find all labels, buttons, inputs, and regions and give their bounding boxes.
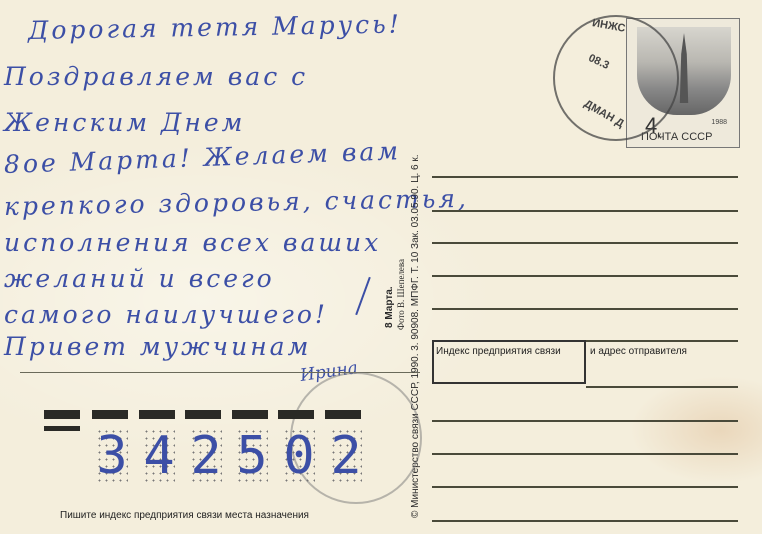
zip-bar [139, 410, 175, 419]
zip-bar [325, 410, 361, 419]
message-line: исполнения всех ваших [4, 228, 381, 257]
message-line: Поздравляем вас с [4, 62, 308, 91]
zip-bar [44, 410, 80, 419]
card-title: 8 Марта. [384, 286, 395, 328]
sender-index-label: Индекс предприятия связи [436, 346, 561, 357]
zip-digit: 5 [236, 428, 268, 484]
message-line: Дорогая тетя Марусь! [28, 9, 402, 45]
message-line: Женским Днем [4, 108, 245, 137]
photo-credit: Фото В. Шепелева [396, 259, 406, 330]
zip-bar [232, 410, 268, 419]
zip-digit: 3 [96, 428, 128, 484]
zip-digit: 0 [283, 428, 315, 484]
address-line [432, 210, 738, 212]
address-line [586, 386, 738, 388]
message-line: Привет мужчинам [4, 332, 311, 361]
zip-bar [185, 410, 221, 419]
zip-digit: 4 [143, 428, 175, 484]
address-line [432, 520, 738, 522]
address-line [432, 486, 738, 488]
address-line [432, 176, 738, 178]
zip-digit: 2 [190, 428, 222, 484]
zip-digit: 2 [330, 428, 362, 484]
message-line: самого наилучшего! [4, 300, 328, 329]
stamp-country: ПОЧТА СССР [641, 131, 712, 143]
message-line: желаний и всего [4, 264, 275, 293]
postcard: Дорогая тетя Марусь! Поздравляем вас с Ж… [0, 0, 762, 534]
address-line [432, 275, 738, 277]
address-line [432, 308, 738, 310]
address-line [432, 453, 738, 455]
stamp-year: 1988 [711, 119, 727, 126]
zip-bar [44, 426, 80, 431]
handwritten-stroke [355, 277, 371, 315]
zip-instruction: Пишите индекс предприятия связи места на… [60, 510, 309, 521]
message-line: 8ое Марта! Желаем вам [3, 136, 401, 179]
address-line [432, 420, 738, 422]
zip-bar [92, 410, 128, 419]
address-line [432, 242, 738, 244]
message-line: крепкого здоровья, счастья, [4, 184, 469, 221]
sender-address-label: и адрес отправителя [590, 346, 687, 357]
zip-bar [278, 410, 314, 419]
